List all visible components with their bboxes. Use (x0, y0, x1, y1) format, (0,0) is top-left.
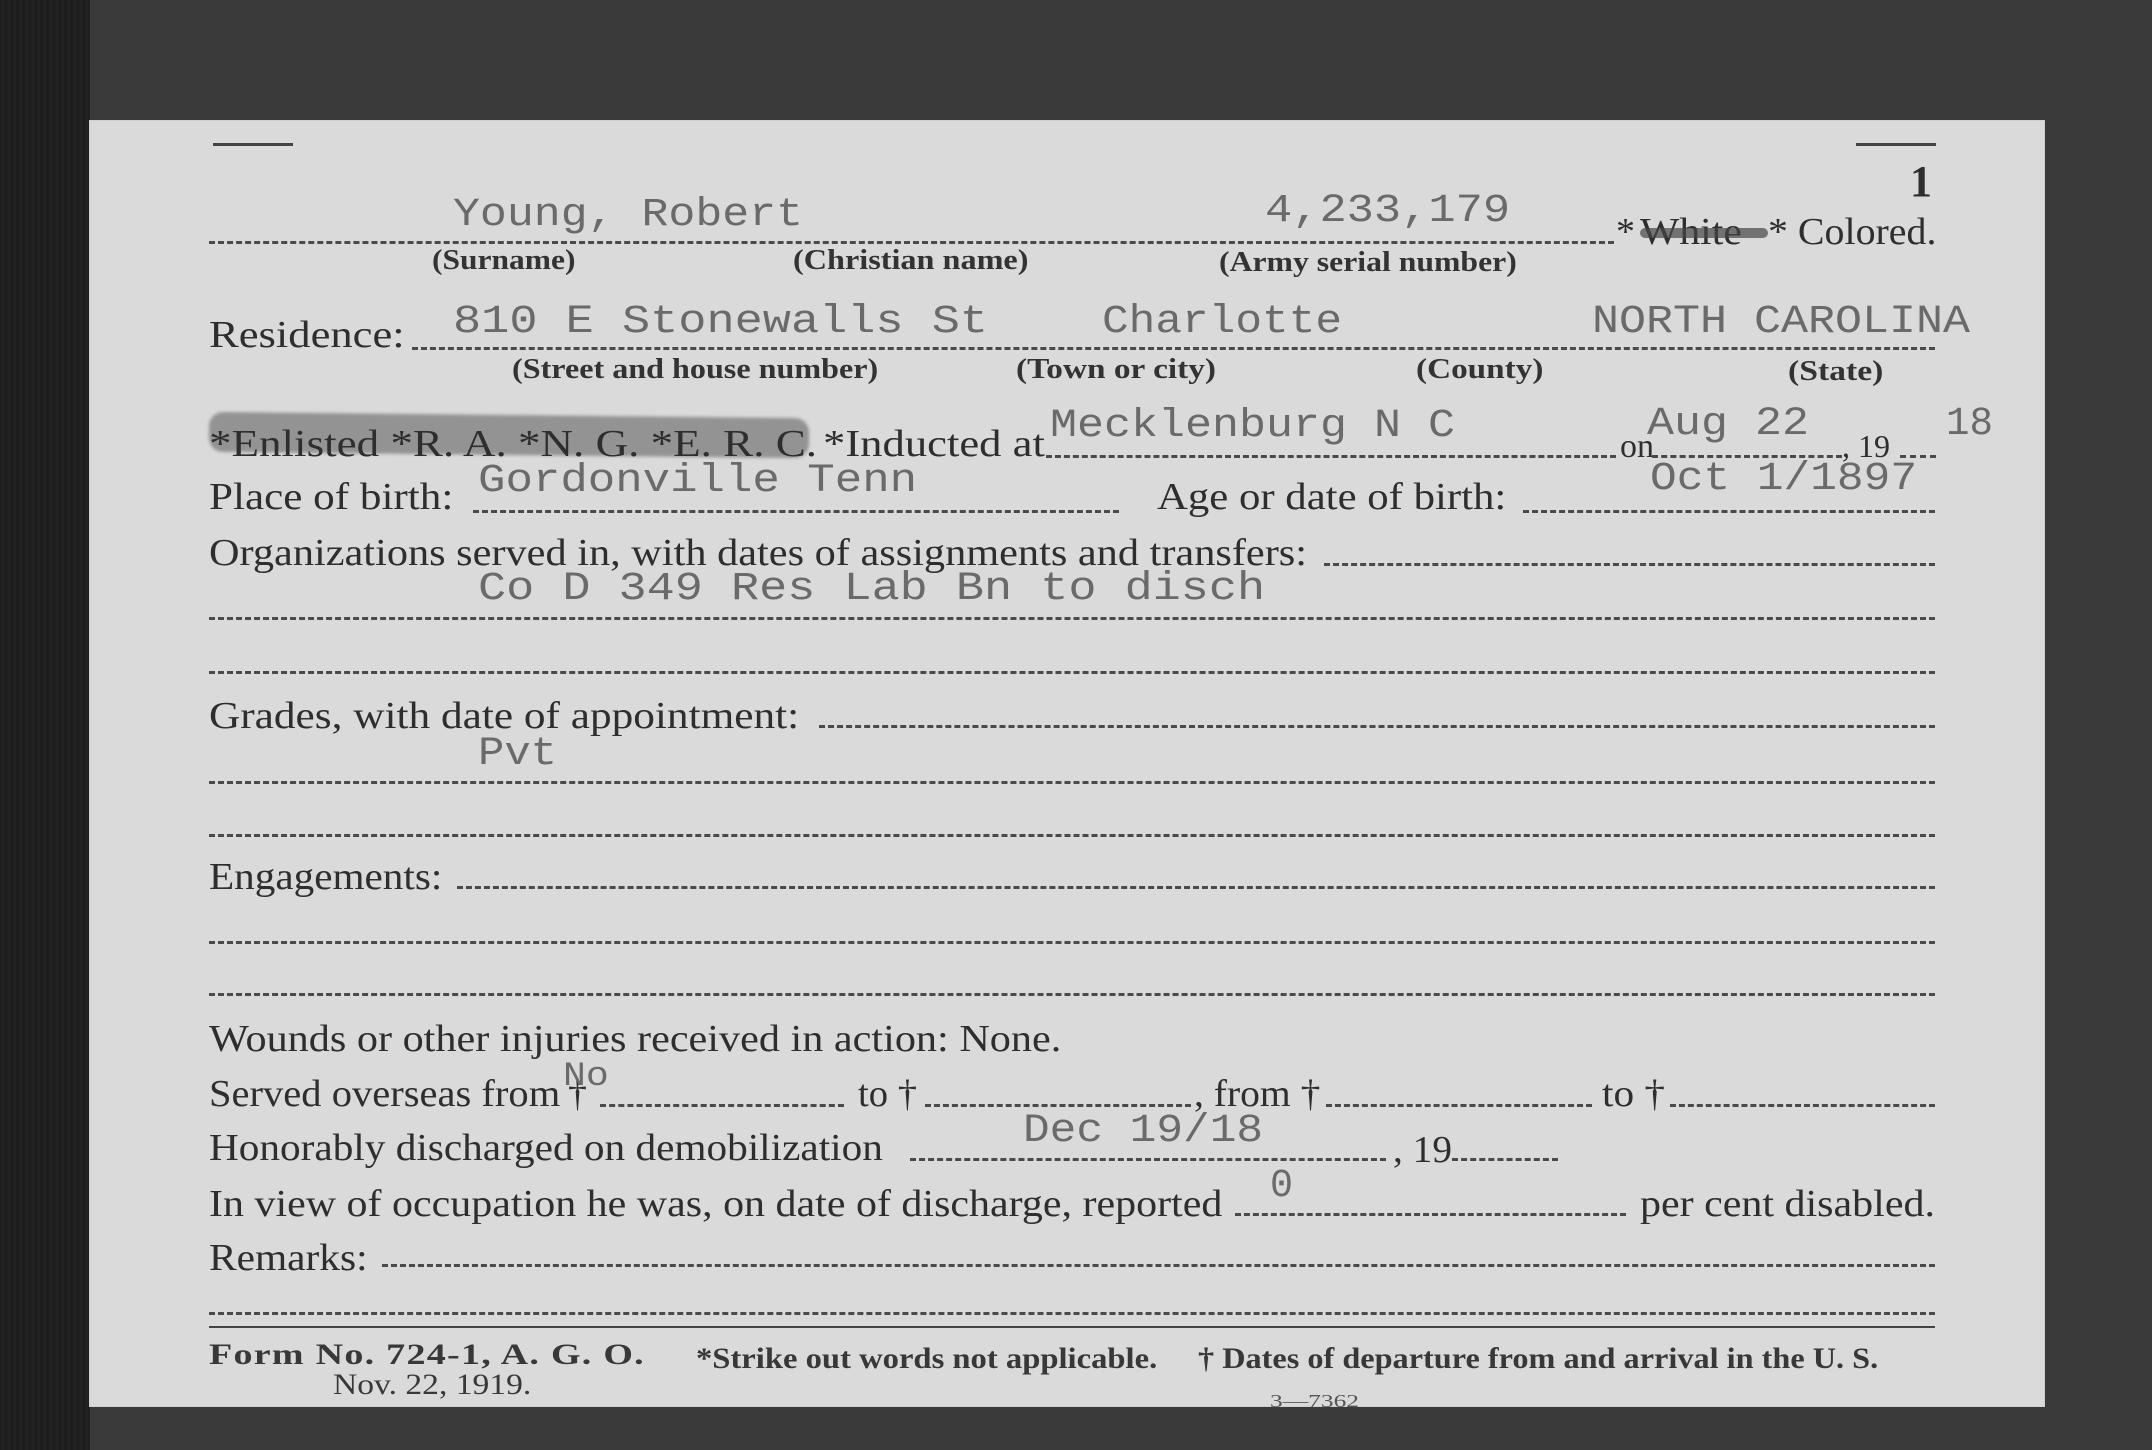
serial-number-value: 4,233,179 (1265, 192, 1510, 232)
date-of-birth-underline (1523, 510, 1935, 513)
discharge-year-prefix: , 19 (1393, 1131, 1452, 1169)
overseas-label: Served overseas from (209, 1075, 560, 1113)
residence-label: Residence: (209, 316, 405, 354)
overseas-value: No (563, 1060, 609, 1094)
county-label: (County) (1416, 356, 1543, 384)
inducted-label: *Inducted at (823, 425, 1045, 463)
disability-suffix: per cent disabled. (1640, 1185, 1935, 1223)
street-label: (Street and house number) (512, 356, 878, 384)
state-label: (State) (1788, 358, 1883, 386)
print-code: 3—7362 (1270, 1392, 1359, 1410)
engagements-underline-3 (209, 993, 1935, 996)
race-option-colored: * Colored. (1768, 213, 1936, 251)
discharge-year-underline (1452, 1158, 1558, 1161)
place-of-birth-label: Place of birth: (209, 478, 453, 516)
disability-value: 0 (1270, 1167, 1293, 1207)
residence-town-value: Charlotte (1102, 303, 1342, 343)
footnote-dagger-dates: † Dates of departure from and arrival in… (1198, 1344, 1878, 1374)
overseas-to-label-1: to † (858, 1075, 917, 1113)
grades-value: Pvt (478, 735, 557, 775)
christian-name-label: (Christian name) (793, 247, 1028, 275)
serial-number-label: (Army serial number) (1219, 249, 1517, 277)
grades-underline-1 (819, 725, 1935, 728)
organizations-value: Co D 349 Res Lab Bn to disch (478, 570, 1265, 610)
organizations-underline-2 (209, 617, 1935, 620)
overseas-from-underline (600, 1104, 844, 1107)
overseas-to-label-2: to † (1602, 1075, 1665, 1113)
discharge-date-underline (910, 1158, 1386, 1161)
surname-label: (Surname) (432, 247, 575, 275)
strike-mark-white (1640, 228, 1768, 238)
remarks-underline-1 (382, 1264, 1935, 1267)
footer-rule (209, 1326, 1935, 1328)
engagements-label: Engagements: (209, 858, 442, 896)
grades-underline-2 (209, 781, 1935, 784)
place-of-birth-value: Gordonville Tenn (478, 462, 917, 502)
date-of-birth-value: Oct 1/1897 (1650, 460, 1917, 500)
disability-label: In view of occupation he was, on date of… (209, 1185, 1222, 1223)
organizations-underline-3 (209, 671, 1935, 674)
overseas-to-underline-1 (925, 1104, 1191, 1107)
form-date: Nov. 22, 1919. (333, 1370, 531, 1400)
residence-state-value: NORTH CAROLINA (1592, 303, 1970, 343)
page-number: 1 (1910, 160, 1932, 204)
top-right-rule (1856, 143, 1936, 146)
remarks-underline-2 (209, 1312, 1935, 1315)
engagements-underline-2 (209, 941, 1935, 944)
inducted-place-value: Mecklenburg N C (1050, 407, 1455, 447)
engagements-underline-1 (457, 886, 1935, 889)
grades-label: Grades, with date of appointment: (209, 697, 799, 735)
page-number-value: 1 (1910, 157, 1932, 206)
top-left-rule (213, 143, 293, 146)
wounds-text: Wounds or other injuries received in act… (209, 1020, 1061, 1058)
residence-underline (412, 347, 1935, 350)
discharge-label: Honorably discharged on demobilization (209, 1129, 883, 1167)
disability-underline (1235, 1213, 1626, 1216)
induction-year-value: 18 (1946, 405, 1993, 445)
organizations-underline-1 (1324, 563, 1935, 566)
row1-underline (209, 241, 1614, 244)
overseas-to-underline-2 (1670, 1104, 1935, 1107)
inducted-underline (1046, 455, 1616, 458)
grades-underline-3 (209, 834, 1935, 837)
place-of-birth-underline (473, 510, 1119, 513)
race-star: * (1616, 213, 1635, 251)
enlistment-options-struck: *Enlisted *R. A. *N. G. *E. R. C. (209, 425, 817, 463)
footnote-strike-out: *Strike out words not applicable. (696, 1344, 1157, 1374)
surname-christian-value: Young, Robert (453, 196, 803, 236)
overseas-from-label-2: , from † (1194, 1075, 1320, 1113)
remarks-label: Remarks: (209, 1239, 368, 1277)
town-label: (Town or city) (1016, 356, 1216, 384)
scanner-background-left (0, 0, 90, 1450)
date-of-birth-label: Age or date of birth: (1157, 478, 1506, 516)
induction-date-value: Aug 22 (1647, 405, 1809, 445)
residence-street-value: 810 E Stonewalls St (453, 303, 988, 343)
form-number: Form No. 724-1, A. G. O. (209, 1340, 645, 1370)
overseas-from-underline-2 (1326, 1104, 1592, 1107)
discharge-date-value: Dec 19/18 (1023, 1112, 1263, 1152)
